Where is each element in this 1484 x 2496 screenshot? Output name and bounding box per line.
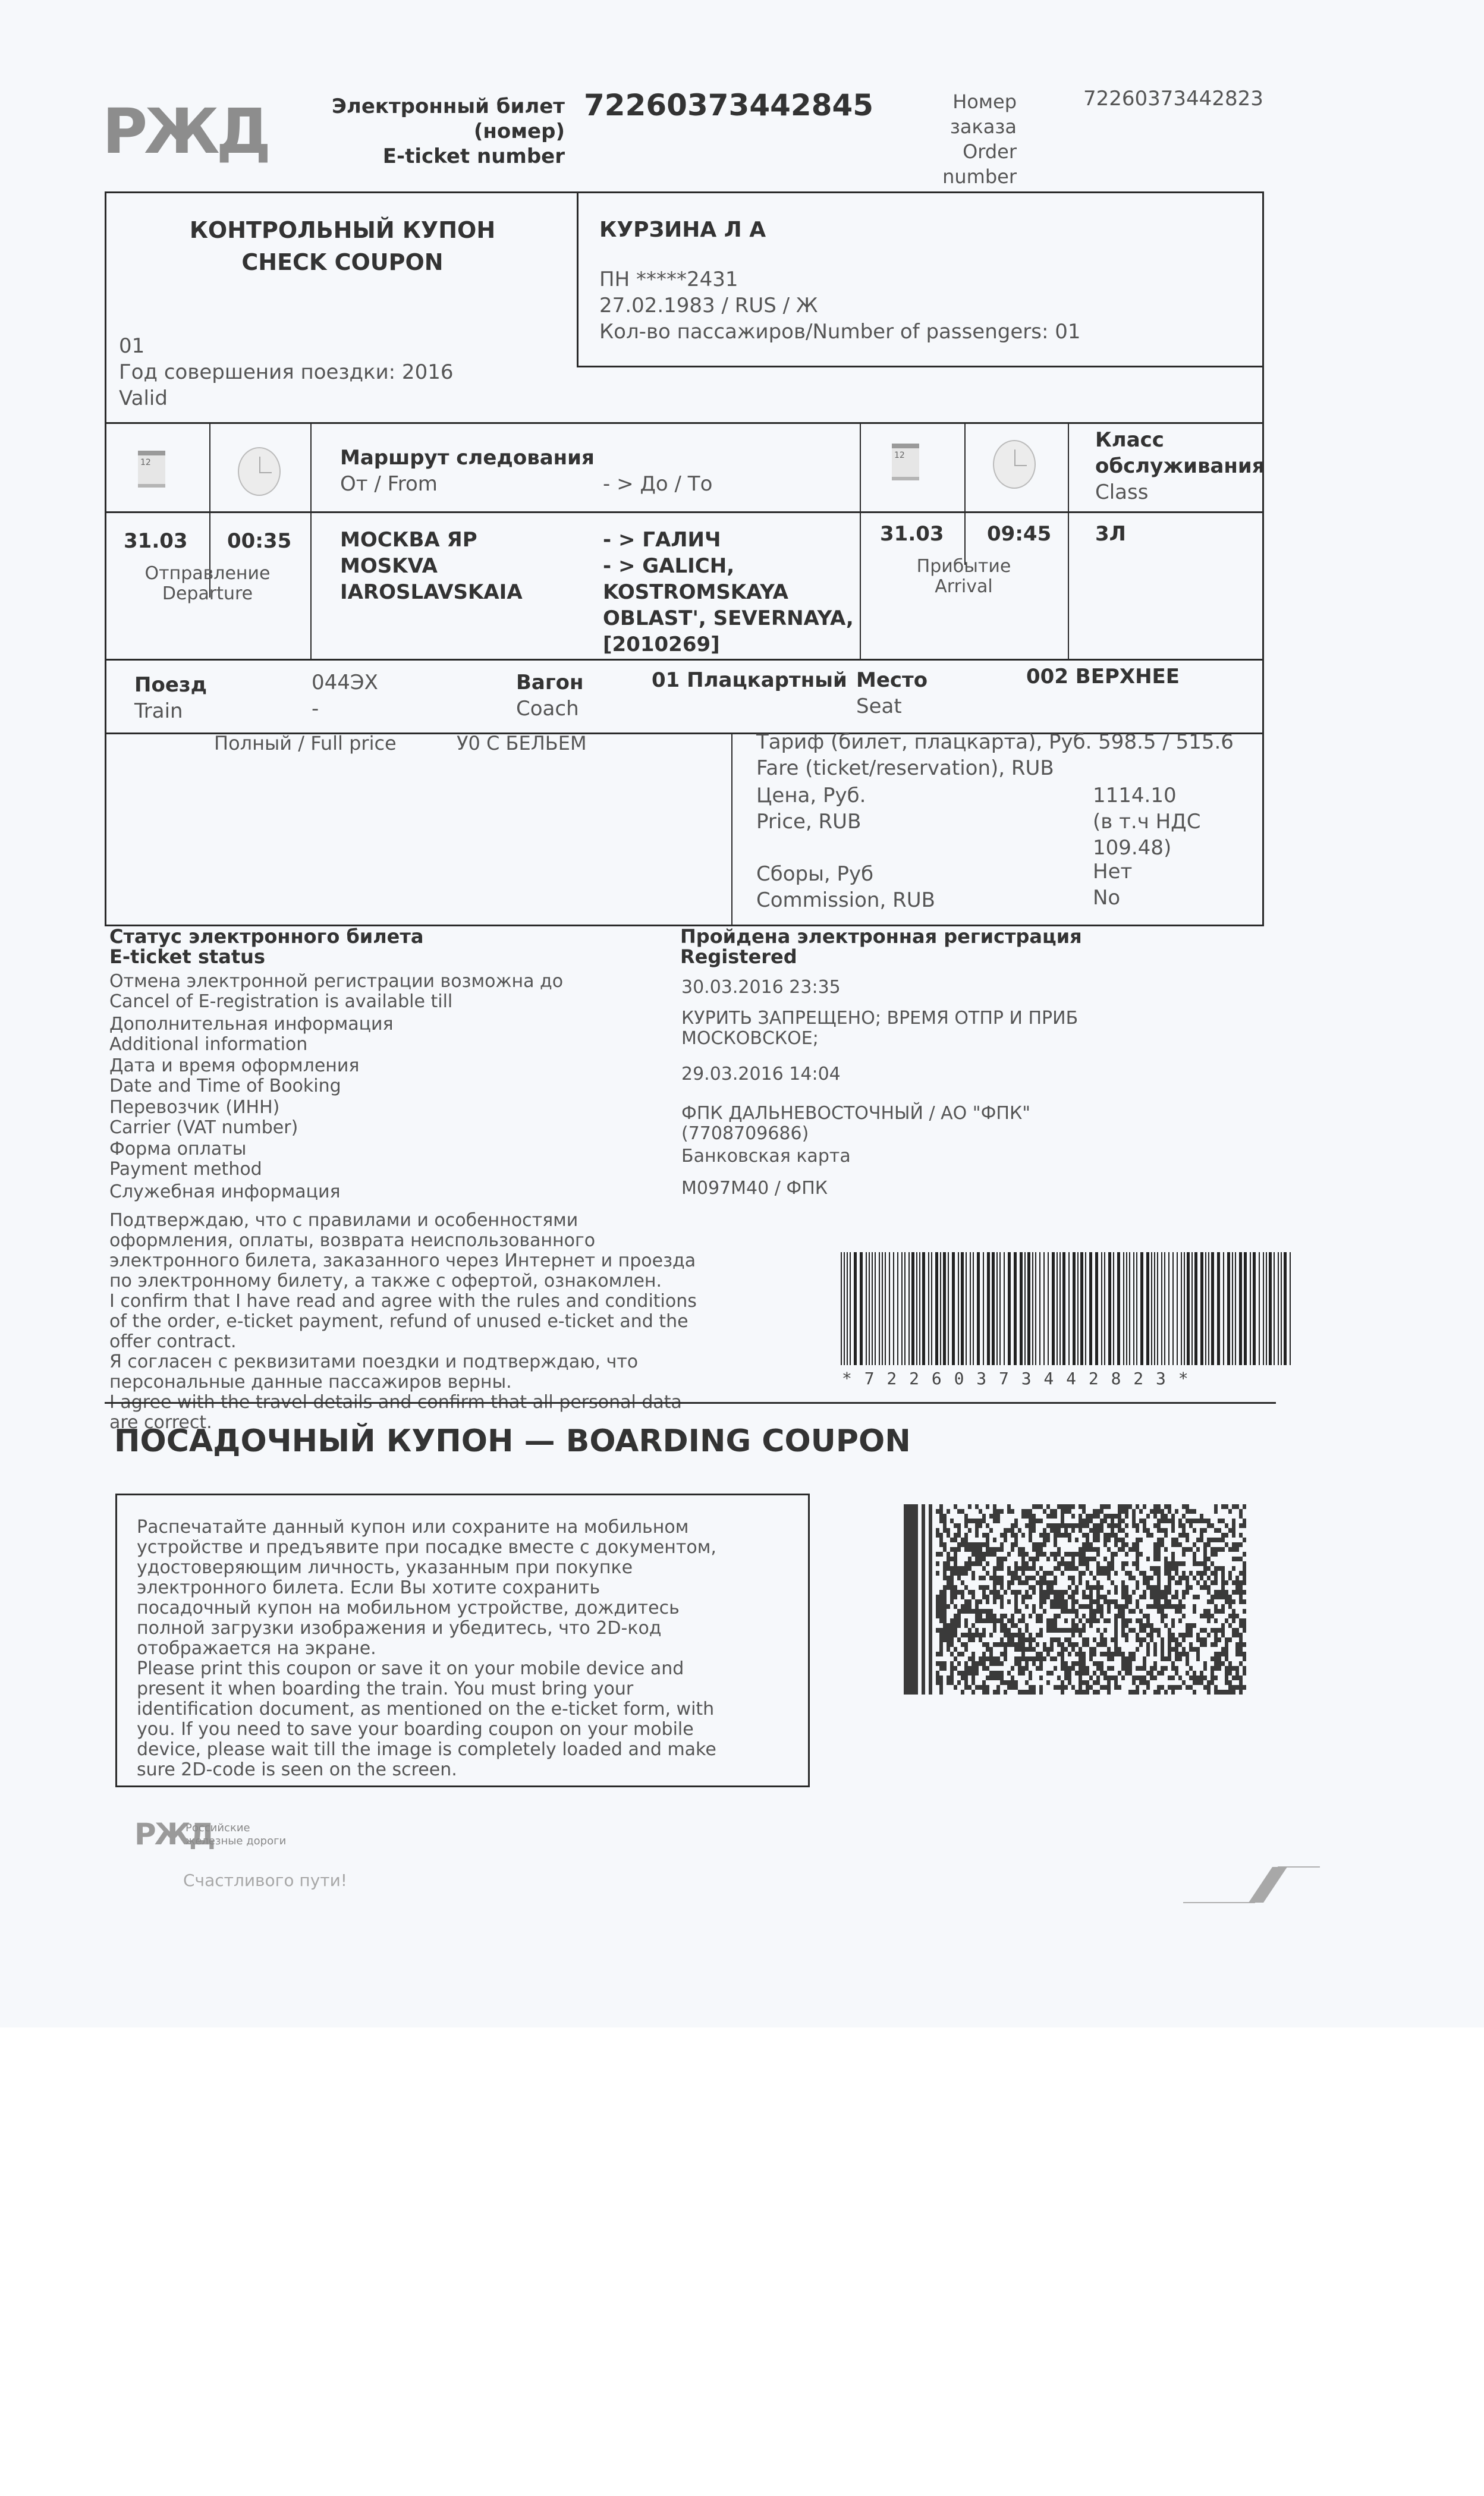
status-row-value: 29.03.2016 14:04 <box>681 1064 1145 1084</box>
eticket-number: 72260373442845 <box>584 88 873 122</box>
status-row-label-ru: Перевозчик (ИНН) <box>109 1098 298 1118</box>
divider <box>105 511 1264 513</box>
to-station-en: OBLAST', SEVERNAYA, <box>603 605 854 631</box>
order-label-line: number <box>862 164 1017 189</box>
from-label: От / From <box>340 471 595 497</box>
to-station-en: - > GALICH, <box>603 553 854 579</box>
passenger-details: ПН *****2431 27.02.1983 / RUS / Ж Кол-во… <box>599 266 1080 345</box>
order-label-line: Order <box>862 139 1017 164</box>
boarding-instruction-line: полной загрузки изображения и убедитесь,… <box>137 1618 803 1639</box>
boarding-instruction-line: present it when boarding the train. You … <box>137 1679 803 1699</box>
divider <box>105 1402 1276 1404</box>
coupon-info: 01 Год совершения поездки: 2016 Valid <box>119 333 453 411</box>
clock-icon <box>238 447 281 496</box>
divider <box>860 422 861 660</box>
departure-label: Отправление Departure <box>105 564 310 604</box>
seat-label: Место Seat <box>856 667 927 719</box>
company-name-line1: Российские <box>185 1822 286 1835</box>
scanned-ticket-page: РЖД Электронный билет (номер) E-ticket n… <box>0 0 1484 2027</box>
eticket-label: Электронный билет (номер) E-ticket numbe… <box>285 94 565 169</box>
status-row-label: Форма оплатыPayment method <box>109 1139 262 1180</box>
train-value-secondary: - <box>312 696 378 722</box>
train-number: 044ЭХ <box>312 669 378 696</box>
from-station: МОСКВА ЯР MOSKVA IAROSLAVSKAIA <box>340 527 523 605</box>
coach-label: Вагон Coach <box>516 669 583 722</box>
status-row-value: 30.03.2016 23:35 <box>681 977 1145 998</box>
calendar-icon: 12 <box>138 451 165 488</box>
price-label-ru: Цена, Руб. <box>756 782 866 809</box>
fees-value-en: No <box>1093 885 1132 911</box>
route-header-ru: Маршрут следования <box>340 445 595 471</box>
from-station-en: IAROSLAVSKAIA <box>340 579 523 605</box>
departure-label-ru: Отправление <box>105 564 310 584</box>
coupon-number: 01 <box>119 333 453 359</box>
service-class: У0 С БЕЛЬЕМ <box>457 731 587 755</box>
arrival-date: 31.03 <box>880 521 944 547</box>
calendar-icon: 12 <box>892 444 919 480</box>
price-value: 1114.10 (в т.ч НДС 109.48) <box>1093 782 1201 861</box>
train-value: 044ЭХ - <box>312 669 378 722</box>
divider <box>105 422 1264 424</box>
boarding-2d-code <box>904 1504 1246 1695</box>
arrival-time: 09:45 <box>987 521 1051 547</box>
status-label-ru: Статус электронного билета <box>109 926 424 947</box>
divider <box>105 659 1264 661</box>
coach-label-en: Coach <box>516 696 583 722</box>
boarding-instruction-line: Распечатайте данный купон или сохраните … <box>137 1517 803 1538</box>
status-row-label-en: Additional information <box>109 1035 394 1055</box>
status-row-label: Служебная информация <box>109 1182 341 1202</box>
price-amount: 1114.10 <box>1093 782 1201 809</box>
eticket-label-ru2: (номер) <box>285 119 565 144</box>
status-row-label: Дополнительная информацияAdditional info… <box>109 1014 394 1055</box>
price-label-en: Price, RUB <box>756 809 866 835</box>
check-coupon-title-ru: КОНТРОЛЬНЫЙ КУПОН <box>105 214 580 246</box>
validity: Valid <box>119 385 453 411</box>
agreement-line: электронного билета, заказанного через И… <box>109 1251 775 1271</box>
arrival-label-ru: Прибытие <box>860 557 1068 577</box>
status-row-label-ru: Служебная информация <box>109 1182 341 1202</box>
status-row-label-en: Date and Time of Booking <box>109 1076 359 1096</box>
tariff: Тариф (билет, плацкарта), Руб. 598.5 / 5… <box>756 729 1234 781</box>
divider <box>964 422 966 565</box>
eticket-label-ru: Электронный билет <box>285 94 565 119</box>
fees-label: Сборы, Руб Commission, RUB <box>756 861 935 913</box>
agreement-text: Подтверждаю, что с правилами и особеннос… <box>109 1211 775 1433</box>
agreement-line: Подтверждаю, что с правилами и особеннос… <box>109 1211 775 1231</box>
price-label: Цена, Руб. Price, RUB <box>756 782 866 835</box>
agreement-line: оформления, оплаты, возврата неиспользов… <box>109 1231 775 1251</box>
price-vat: (в т.ч НДС <box>1093 809 1201 835</box>
route-header: Маршрут следования От / From <box>340 445 595 497</box>
to-station-en: KOSTROMSKAYA <box>603 579 854 605</box>
boarding-instruction-line: Please print this coupon or save it on y… <box>137 1659 803 1679</box>
passenger-birth-country-sex: 27.02.1983 / RUS / Ж <box>599 293 1080 319</box>
ticket-barcode <box>841 1252 1293 1365</box>
status-row-value: ФПК ДАЛЬНЕВОСТОЧНЫЙ / АО "ФПК" (77087096… <box>681 1104 1145 1144</box>
tariff-ru: Тариф (билет, плацкарта), Руб. 598.5 / 5… <box>756 729 1234 755</box>
check-coupon-title-en: CHECK COUPON <box>105 246 580 278</box>
order-number: 72260373442823 <box>1083 87 1263 111</box>
fees-value-ru: Нет <box>1093 859 1132 885</box>
status-row-label-en: Payment method <box>109 1159 262 1180</box>
train-label: Поезд Train <box>134 672 207 724</box>
status-row-value: Банковская карта <box>681 1146 1145 1167</box>
slogan: Счастливого пути! <box>183 1871 347 1890</box>
boarding-instruction-line: устройстве и предъявите при посадке вмес… <box>137 1538 803 1558</box>
train-label-en: Train <box>134 698 207 724</box>
rzd-logo: РЖД <box>102 95 268 168</box>
departure-date: 31.03 <box>124 528 188 554</box>
class-header: Класс обслуживания Class <box>1095 427 1265 505</box>
status-row-label-ru: Дополнительная информация <box>109 1014 394 1035</box>
status-row-label: Перевозчик (ИНН)Carrier (VAT number) <box>109 1098 298 1138</box>
arrival-label-en: Arrival <box>860 577 1068 597</box>
divider <box>731 733 732 926</box>
boarding-instruction-line: удостоверяющим личность, указанным при п… <box>137 1558 803 1578</box>
status-row-label-ru: Отмена электронной регистрации возможна … <box>109 972 563 992</box>
passenger-name: КУРЗИНА Л А <box>599 218 766 242</box>
from-station-ru: МОСКВА ЯР <box>340 527 523 553</box>
to-station-en: [2010269] <box>603 631 854 658</box>
check-coupon-title: КОНТРОЛЬНЫЙ КУПОН CHECK COUPON <box>105 214 580 278</box>
train-label-ru: Поезд <box>134 672 207 698</box>
agreement-line: персональные данные пассажиров верны. <box>109 1372 775 1392</box>
status-row-label-en: Cancel of E-registration is available ti… <box>109 992 563 1012</box>
passenger-document: ПН *****2431 <box>599 266 1080 293</box>
boarding-instruction-line: электронного билета. Если Вы хотите сохр… <box>137 1578 803 1598</box>
boarding-instructions: Распечатайте данный купон или сохраните … <box>137 1517 803 1780</box>
boarding-instruction-line: sure 2D-code is seen on the screen. <box>137 1760 803 1780</box>
from-station-en: MOSKVA <box>340 553 523 579</box>
agreement-line: I confirm that I have read and agree wit… <box>109 1291 775 1312</box>
status-row-value: КУРИТЬ ЗАПРЕЩЕНО; ВРЕМЯ ОТПР И ПРИБ МОСК… <box>681 1008 1145 1049</box>
fees-value: Нет No <box>1093 859 1132 911</box>
arrival-label: Прибытие Arrival <box>860 557 1068 597</box>
seat-label-ru: Место <box>856 667 927 693</box>
status-value: Пройдена электронная регистрация Registe… <box>680 926 1082 967</box>
status-row-value: М097М40 / ФПК <box>681 1178 1145 1199</box>
status-value-ru: Пройдена электронная регистрация <box>680 926 1082 947</box>
barcode-text: * 7 2 2 6 0 3 7 3 4 4 2 8 2 3 * <box>842 1369 1190 1388</box>
divider <box>1068 422 1069 660</box>
status-row-label: Отмена электронной регистрации возможна … <box>109 972 563 1012</box>
passenger-count: Кол-во пассажиров/Number of passengers: … <box>599 319 1080 345</box>
divider <box>310 422 312 660</box>
clock-icon <box>993 440 1036 489</box>
company-name: Российские железные дороги <box>185 1822 286 1848</box>
fees-label-en: Commission, RUB <box>756 887 935 913</box>
class-label-ru1: Класс <box>1095 427 1265 453</box>
departure-time: 00:35 <box>227 528 291 554</box>
boarding-instruction-line: посадочный купон на мобильном устройстве… <box>137 1598 803 1618</box>
status-label-en: E-ticket status <box>109 947 424 967</box>
company-name-line2: железные дороги <box>185 1835 286 1848</box>
trip-year: Год совершения поездки: 2016 <box>119 359 453 385</box>
coach-value: 01 Плацкартный <box>652 667 847 693</box>
order-label-line: Номер <box>862 89 1017 114</box>
fees-label-ru: Сборы, Руб <box>756 861 935 887</box>
status-value-en: Registered <box>680 947 1082 967</box>
boarding-instruction-line: device, please wait till the image is co… <box>137 1740 803 1760</box>
status-row-label-ru: Дата и время оформления <box>109 1056 359 1076</box>
price-vat: 109.48) <box>1093 835 1201 861</box>
boarding-instruction-line: you. If you need to save your boarding c… <box>137 1719 803 1740</box>
status-row-label-en: Carrier (VAT number) <box>109 1118 298 1138</box>
class-label-en: Class <box>1095 479 1265 505</box>
boarding-instruction-line: identification document, as mentioned on… <box>137 1699 803 1719</box>
status-row-label-ru: Форма оплаты <box>109 1139 262 1159</box>
seat-label-en: Seat <box>856 693 927 719</box>
status-row-label: Дата и время оформленияDate and Time of … <box>109 1056 359 1096</box>
tariff-en: Fare (ticket/reservation), RUB <box>756 755 1234 781</box>
boarding-instruction-line: отображается на экране. <box>137 1639 803 1659</box>
swoosh-decoration <box>1183 1849 1326 1915</box>
to-label: - > До / То <box>603 471 712 497</box>
departure-label-en: Departure <box>105 584 310 604</box>
agreement-line: of the order, e-ticket payment, refund o… <box>109 1312 775 1332</box>
class-label-ru2: обслуживания <box>1095 453 1265 479</box>
seat-value: 002 ВЕРХНЕЕ <box>1026 664 1180 690</box>
class-value: 3Л <box>1095 521 1126 547</box>
order-label-line: заказа <box>862 114 1017 139</box>
agreement-line: Я согласен с реквизитами поездки и подтв… <box>109 1352 775 1372</box>
agreement-line: offer contract. <box>109 1332 775 1352</box>
boarding-coupon-title: ПОСАДОЧНЫЙ КУПОН — BOARDING COUPON <box>114 1423 911 1459</box>
agreement-line: по электронному билету, а также с оферто… <box>109 1271 775 1291</box>
to-station-ru: - > ГАЛИЧ <box>603 527 854 553</box>
eticket-label-en: E-ticket number <box>285 144 565 169</box>
coach-label-ru: Вагон <box>516 669 583 696</box>
status-label: Статус электронного билета E-ticket stat… <box>109 926 424 967</box>
order-number-label: Номер заказа Order number <box>862 89 1017 189</box>
to-station: - > ГАЛИЧ - > GALICH, KOSTROMSKAYA OBLAS… <box>603 527 854 658</box>
fare-type: Полный / Full price <box>214 731 397 755</box>
